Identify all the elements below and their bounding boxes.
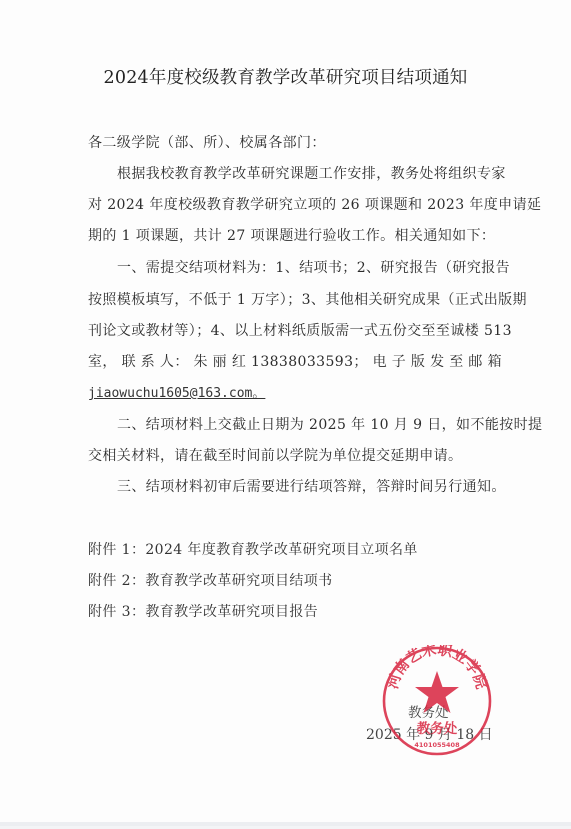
viewer-bottom-strip [0,822,571,826]
contact-part: 朱 [194,351,208,371]
attachment-2: 附件 2：教育教学改革研究项目结项书 [88,570,333,590]
contact-part: 至 [449,351,463,371]
item1-contact-line: 室， 联 系 人： 朱 丽 红 13838033593； 电 子 版 发 至 邮… [88,351,502,371]
attachment-1: 附件 1：2024 年度教育教学改革研究项目立项名单 [88,539,418,559]
contact-part: 发 [430,351,444,371]
contact-part: 室， [88,351,117,371]
document-title: 2024年度校级教育教学改革研究项目结项通知 [0,64,571,89]
contact-part: 电 [373,351,387,371]
attachment-3: 附件 3：教育教学改革研究项目报告 [88,601,318,621]
intro-line-1: 根据我校教育教学改革研究课题工作安排，教务处将组织专家 [117,163,502,183]
contact-part: 邮 [468,351,482,371]
contact-part: 版 [411,351,425,371]
contact-part: 红 [232,351,246,371]
item1-line-3: 刊论文或教材等）；4、以上材料纸质版需一式五份交至至诚楼 513 [88,320,502,340]
contact-part: 人： [160,351,189,371]
item3-line: 三、结项材料初审后需要进行结项答辩，答辩时间另行通知。 [117,476,502,496]
email-link[interactable]: jiaowuchu1605@163.com。 [88,386,265,401]
intro-line-2: 对 2024 年度校级教育教学研究立项的 26 项课题和 2023 年度申请延 [88,194,502,214]
intro-line-3: 期的 1 项课题，共计 27 项课题进行验收工作。相关通知如下： [88,225,502,245]
contact-phone: 13838033593； [251,351,368,371]
item2-line-1: 二、结项材料上交截止日期为 2025 年 10 月 9 日，如不能按时提 [117,414,502,434]
contact-part: 联 [122,351,136,371]
seal-inner-text: 教务处 [417,720,458,737]
item1-email-line: jiaowuchu1605@163.com。 [88,382,502,401]
official-seal-icon: 河南艺术职业学院 教务处 4101055408 [381,645,493,757]
contact-part: 箱 [488,351,502,371]
item2-line-2: 交相关材料，请在截至时间前以学院为单位提交延期申请。 [88,445,502,465]
contact-part: 子 [392,351,406,371]
item1-line-2: 按照模板填写，不低于 1 万字）；3、其他相关研究成果（正式出版期 [88,289,502,309]
seal-code: 4101055408 [414,741,460,749]
document-page: 2024年度校级教育教学改革研究项目结项通知 各二级学院（部、所）、校属各部门：… [0,0,571,822]
contact-part: 丽 [213,351,227,371]
salutation: 各二级学院（部、所）、校属各部门： [88,132,502,152]
item1-line-1: 一、需提交结项材料为：1、结项书；2、研究报告（研究报告 [117,257,502,277]
contact-part: 系 [141,351,155,371]
